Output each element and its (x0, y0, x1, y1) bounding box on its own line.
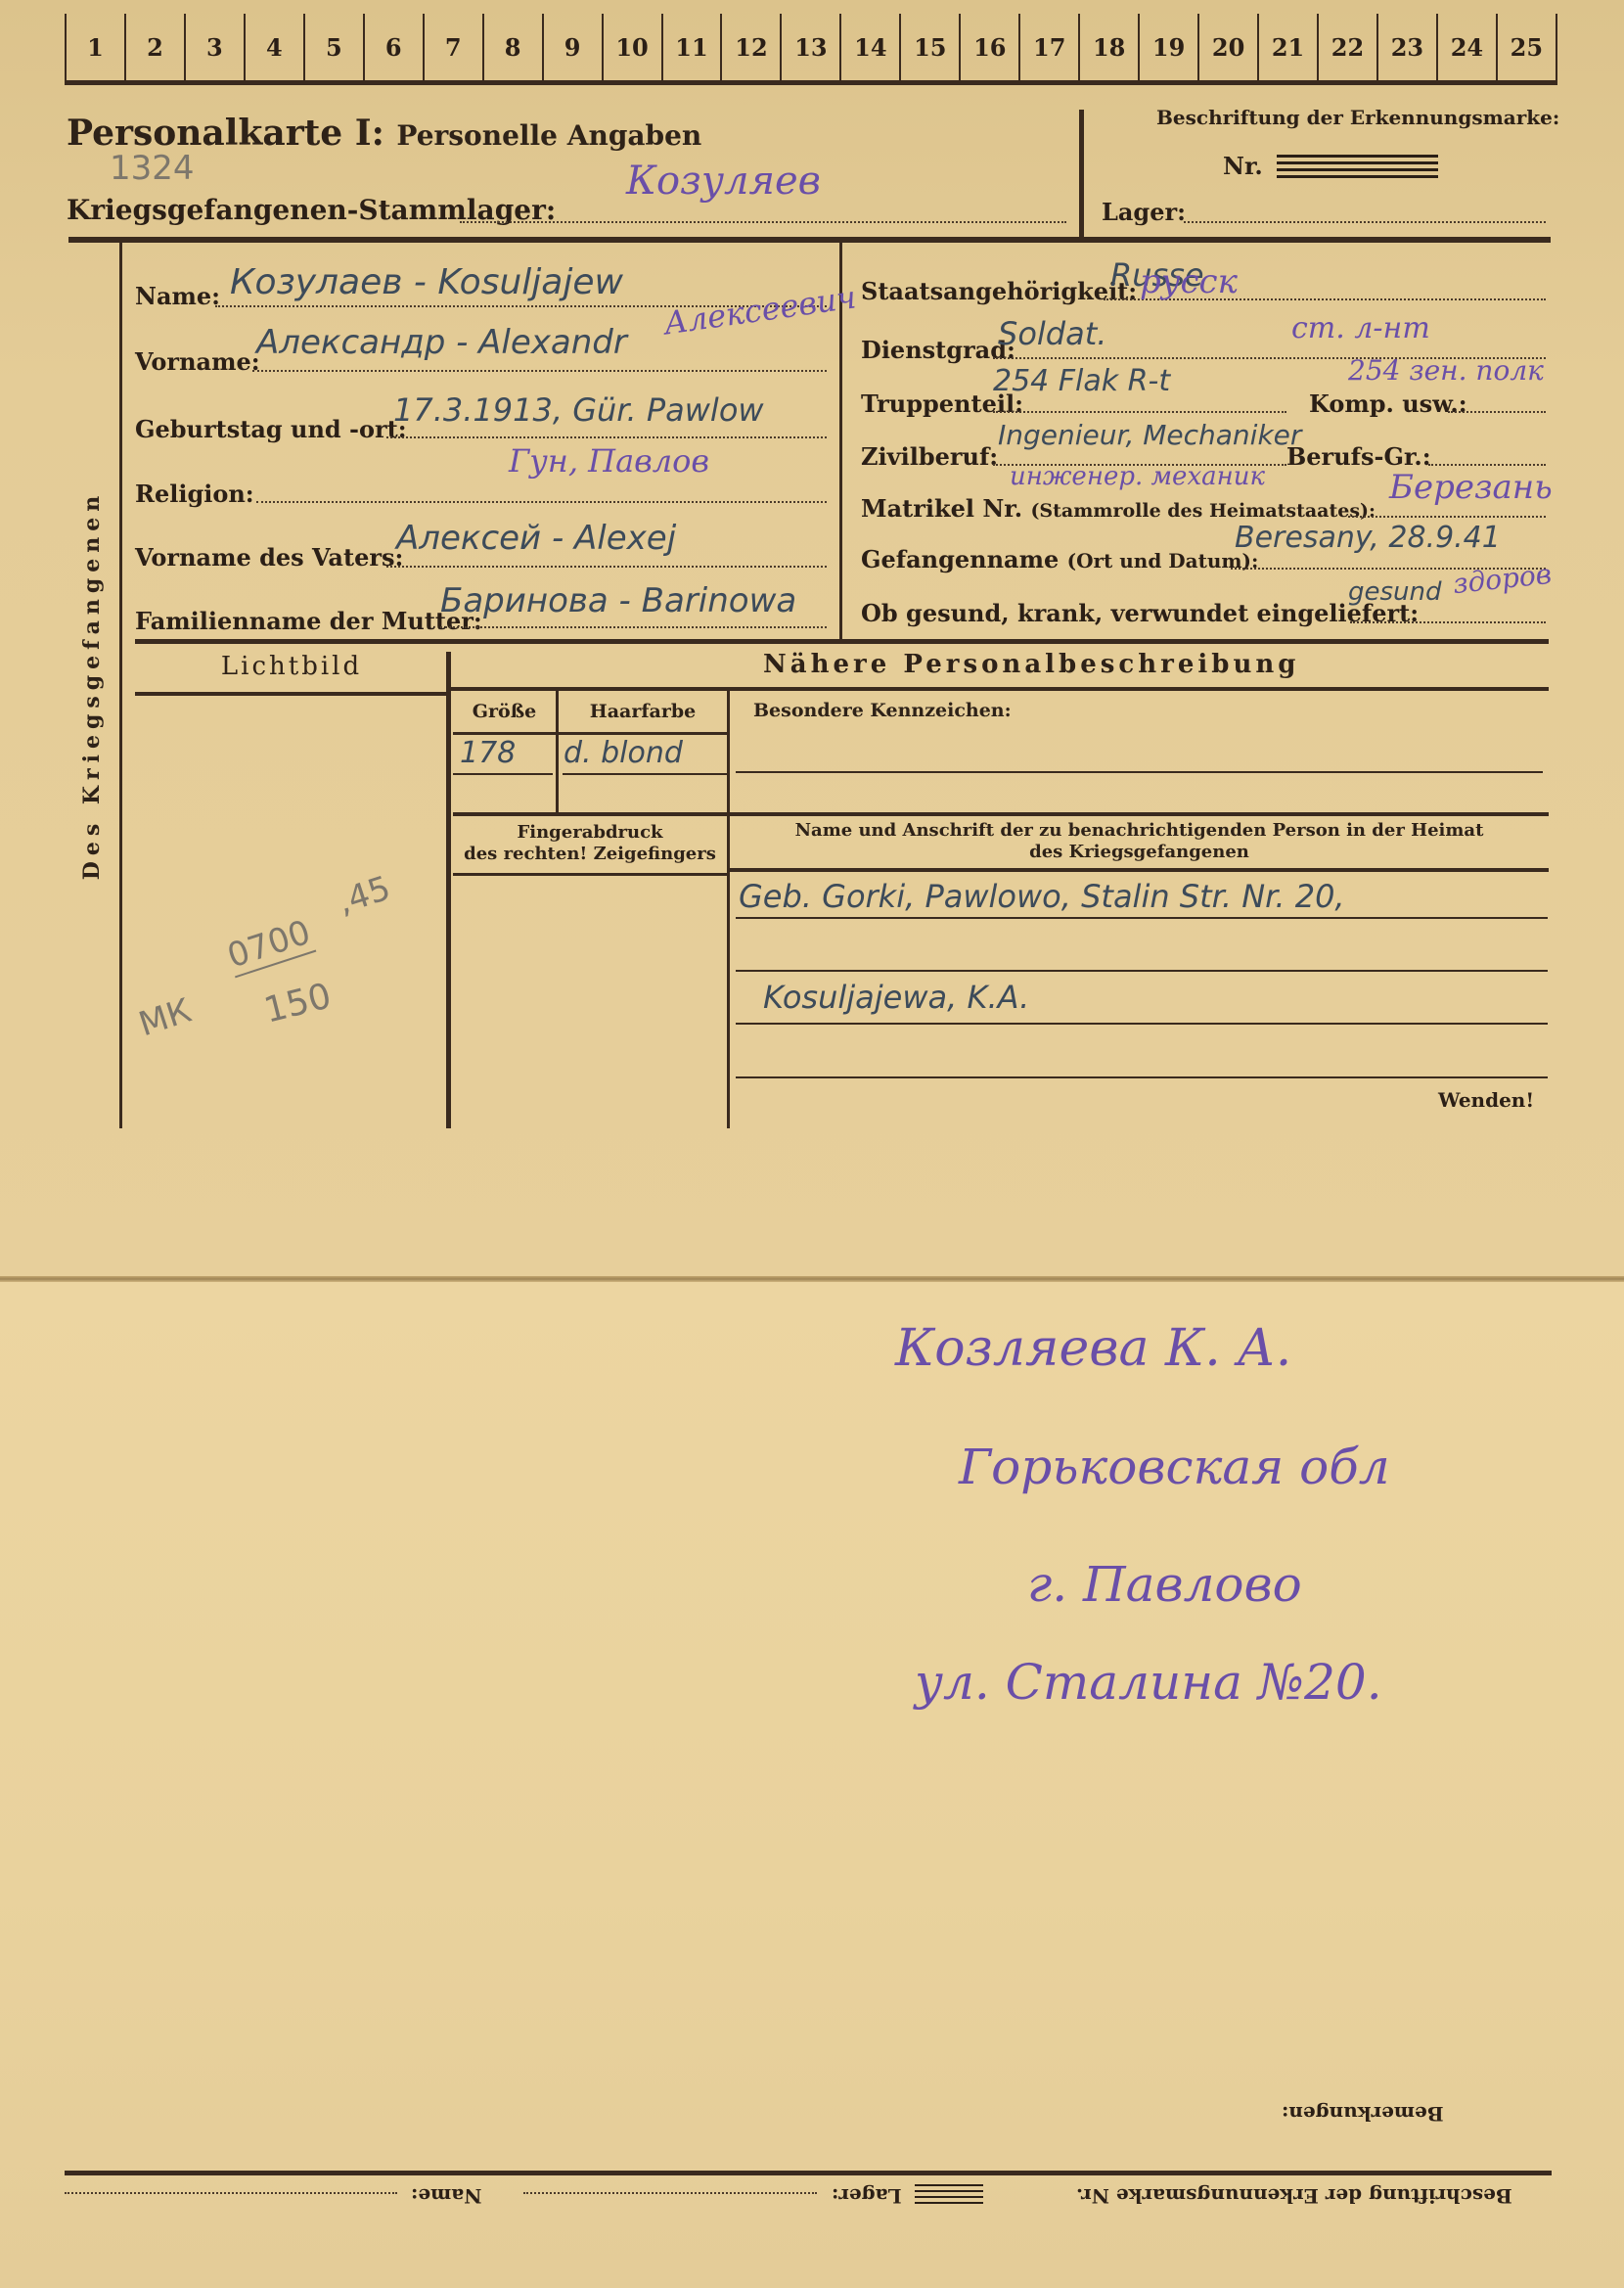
mutter-field[interactable] (440, 626, 827, 628)
photo-area (135, 696, 446, 1128)
truppenteil-value: 254 Flak R-t (993, 364, 1170, 398)
staat-label: Staatsangehörigkeit: (861, 277, 1137, 305)
zivilberuf-annotation: инженер. механик (1010, 462, 1265, 491)
dienstgrad-value: Soldat. (998, 315, 1106, 352)
fold-crease (0, 1276, 1624, 1282)
ruler-cell: 24 (1436, 14, 1496, 80)
reverse-lager-label: Lager: (832, 2184, 902, 2208)
geburt-label: Geburtstag und -ort: (135, 415, 407, 443)
contact-label-rule (730, 868, 1549, 872)
size-header-rule (453, 732, 727, 735)
matrikel-note: (Stammrolle des Heimatstaates): (1030, 500, 1376, 522)
contact-rule-1 (736, 917, 1548, 919)
ruler-cell: 6 (363, 14, 423, 80)
address-line-4: ул. Сталина №20. (915, 1654, 1382, 1711)
vorname-field[interactable] (252, 370, 827, 372)
tag-box-divider (1079, 110, 1084, 241)
reverse-name-field[interactable] (65, 2192, 397, 2194)
vorname-label: Vorname: (135, 347, 260, 376)
komp-field[interactable] (1448, 411, 1546, 413)
truppenteil-field[interactable] (993, 411, 1286, 413)
contact-label: Name und Anschrift der zu benachrichtige… (730, 820, 1549, 863)
ruler-cell: 2 (124, 14, 184, 80)
contact-rule-4 (736, 1076, 1548, 1078)
stammlager-field[interactable] (460, 221, 1066, 223)
ruler-cell: 12 (720, 14, 780, 80)
groesse-label: Größe (453, 701, 556, 722)
ruler-cell: 19 (1138, 14, 1197, 80)
finger-label-1: Fingerabdruck (453, 822, 727, 844)
staat-annotation-text: русск (1140, 262, 1238, 301)
tag-nr-line (1277, 168, 1438, 171)
side-label: Des Kriegsgefangenen (63, 480, 121, 891)
reverse-lager-field[interactable] (523, 2192, 817, 2194)
ruler-cell: 5 (303, 14, 363, 80)
header-rule (68, 237, 1551, 243)
reverse-name-label: Name: (411, 2184, 482, 2208)
geburt-field[interactable] (386, 436, 827, 438)
reverse-bemerkungen: Bemerkungen: (1282, 2102, 1444, 2126)
description-rule (451, 687, 1549, 691)
ruler-cell: 18 (1078, 14, 1138, 80)
haar-label: Haarfarbe (559, 701, 727, 722)
reverse-tag-label: Beschriftung der Erkennungsmarke Nr. (1076, 2184, 1512, 2208)
gefangen-note: (Ort und Datum): (1067, 549, 1259, 572)
ruler-cell: 9 (542, 14, 602, 80)
reverse-tag-line (915, 2202, 983, 2204)
ruler-cell: 10 (602, 14, 661, 80)
religion-label: Religion: (135, 480, 254, 508)
finger-label: Fingerabdruck des rechten! Zeigefingers (453, 822, 727, 865)
dienstgrad-annotation: ст. л-нт (1291, 311, 1430, 345)
ruler-cell: 4 (244, 14, 303, 80)
section-rule (135, 639, 1549, 644)
card-title-main: Personalkarte I: (67, 113, 384, 154)
dienstgrad-label: Dienstgrad: (861, 336, 1015, 364)
address-line-2: Горьковская обл (959, 1439, 1390, 1495)
photo-divider (446, 652, 451, 1128)
vater-value: Алексей - Alexej (396, 519, 676, 558)
ruler-cell: 7 (423, 14, 482, 80)
ruler-cell: 22 (1317, 14, 1376, 80)
ruler-cell: 3 (184, 14, 244, 80)
gefangen-label-text: Gefangenname (861, 545, 1059, 573)
tag-nr-line (1277, 175, 1438, 178)
side-label-text: Des Kriegsgefangenen (79, 490, 105, 880)
truppenteil-annotation: 254 зен. полк (1348, 354, 1544, 387)
tag-lager-label: Lager: (1102, 198, 1186, 226)
fingerprint-box (453, 876, 727, 1128)
description-title: Nähere Personalbeschreibung (763, 650, 1299, 679)
ruler-cell: 20 (1197, 14, 1257, 80)
gefangen-label: Gefangenname (Ort und Datum): (861, 545, 1258, 573)
finger-label-2: des rechten! Zeigefingers (453, 844, 727, 865)
groesse-value: 178 (460, 736, 516, 770)
matrikel-field[interactable] (1348, 516, 1546, 518)
card-back-half (0, 1280, 1624, 2288)
vater-field[interactable] (386, 566, 827, 568)
tag-lager-field[interactable] (1184, 221, 1546, 223)
ruler-cell: 1 (65, 14, 124, 80)
address-line-3: г. Павлово (1027, 1556, 1302, 1613)
archive-number: 1324 (110, 149, 195, 188)
reverse-tag-line (915, 2196, 983, 2198)
ruler-cell: 15 (899, 14, 959, 80)
ruler-cell: 25 (1496, 14, 1557, 80)
geburt-annotation: Гун, Павлов (509, 442, 709, 480)
groesse-field-rule (453, 773, 553, 775)
contact-rule-2 (736, 970, 1548, 972)
card-title-sub: Personelle Angaben (396, 119, 701, 152)
zivilberuf-label: Zivilberuf: (861, 442, 998, 471)
matrikel-label-text: Matrikel Nr. (861, 494, 1022, 523)
tag-nr-line (1277, 161, 1438, 164)
haar-value: d. blond (564, 736, 683, 770)
berufs-field[interactable] (1428, 464, 1546, 466)
name-label: Name: (135, 282, 220, 310)
ruler-cell: 11 (661, 14, 721, 80)
zivilberuf-value: Ingenieur, Mechaniker (998, 419, 1301, 451)
card-title: Personalkarte I: Personelle Angaben (67, 113, 701, 154)
reverse-rule (65, 2171, 1552, 2175)
stammlager-annotation: Козуляев (626, 159, 821, 204)
gesund-field[interactable] (1350, 621, 1546, 623)
ruler-cell: 21 (1257, 14, 1317, 80)
kennzeichen-label: Besondere Kennzeichen: (753, 700, 1012, 721)
berufs-label: Berufs-Gr.: (1286, 442, 1431, 471)
ruler-cell: 8 (482, 14, 542, 80)
matrikel-label: Matrikel Nr. (Stammrolle des Heimatstaat… (861, 494, 1376, 523)
vater-label: Vorname des Vaters: (135, 543, 403, 572)
vorname-value: Александр - Alexandr (256, 323, 627, 362)
mutter-value: Баринова - Barinowa (440, 581, 796, 620)
ruler-cell: 14 (839, 14, 899, 80)
ruler-cell: 13 (780, 14, 839, 80)
reverse-tag-line (915, 2190, 983, 2192)
name-value: Козулаев - Kosuljajew (230, 262, 623, 302)
haar-field-rule (563, 773, 727, 775)
gefangen-value: Beresany, 28.9.41 (1235, 521, 1501, 555)
contact-rule-3 (736, 1023, 1548, 1025)
ruler-cell: 23 (1376, 14, 1436, 80)
finger-divider (727, 691, 730, 1128)
finger-rule (453, 812, 1549, 816)
index-ruler: 1234567891011121314151617181920212223242… (65, 14, 1557, 85)
geburt-value: 17.3.1913, Gür. Pawlow (393, 391, 764, 429)
contact-line-1: Geb. Gorki, Pawlowo, Stalin Str. Nr. 20, (739, 878, 1345, 915)
ruler-cell: 16 (959, 14, 1018, 80)
tag-nr-line (1277, 155, 1438, 158)
contact-line-2: Kosuljajewa, K.A. (763, 979, 1029, 1016)
kennzeichen-line (736, 771, 1543, 773)
tag-box-title: Beschriftung der Erkennungsmarke: (1156, 106, 1559, 129)
mutter-label: Familienname der Mutter: (135, 607, 482, 635)
wenden-label: Wenden! (1438, 1088, 1534, 1112)
religion-field[interactable] (256, 501, 827, 503)
ruler-cell: 17 (1018, 14, 1078, 80)
address-line-1: Козляева К. А. (895, 1319, 1291, 1378)
photo-label: Lichtbild (135, 652, 448, 681)
komp-label: Komp. usw.: (1309, 389, 1467, 418)
gesund-label: Ob gesund, krank, verwundet eingeliefert… (861, 599, 1419, 627)
contact-label-1: Name und Anschrift der zu benachrichtige… (730, 820, 1549, 842)
matrikel-annotation: Березань (1389, 468, 1553, 507)
gesund-value: gesund (1348, 577, 1442, 607)
reverse-tag-line (915, 2184, 983, 2186)
contact-label-2: des Kriegsgefangenen (730, 842, 1549, 863)
tag-nr-label: Nr. (1223, 152, 1263, 180)
